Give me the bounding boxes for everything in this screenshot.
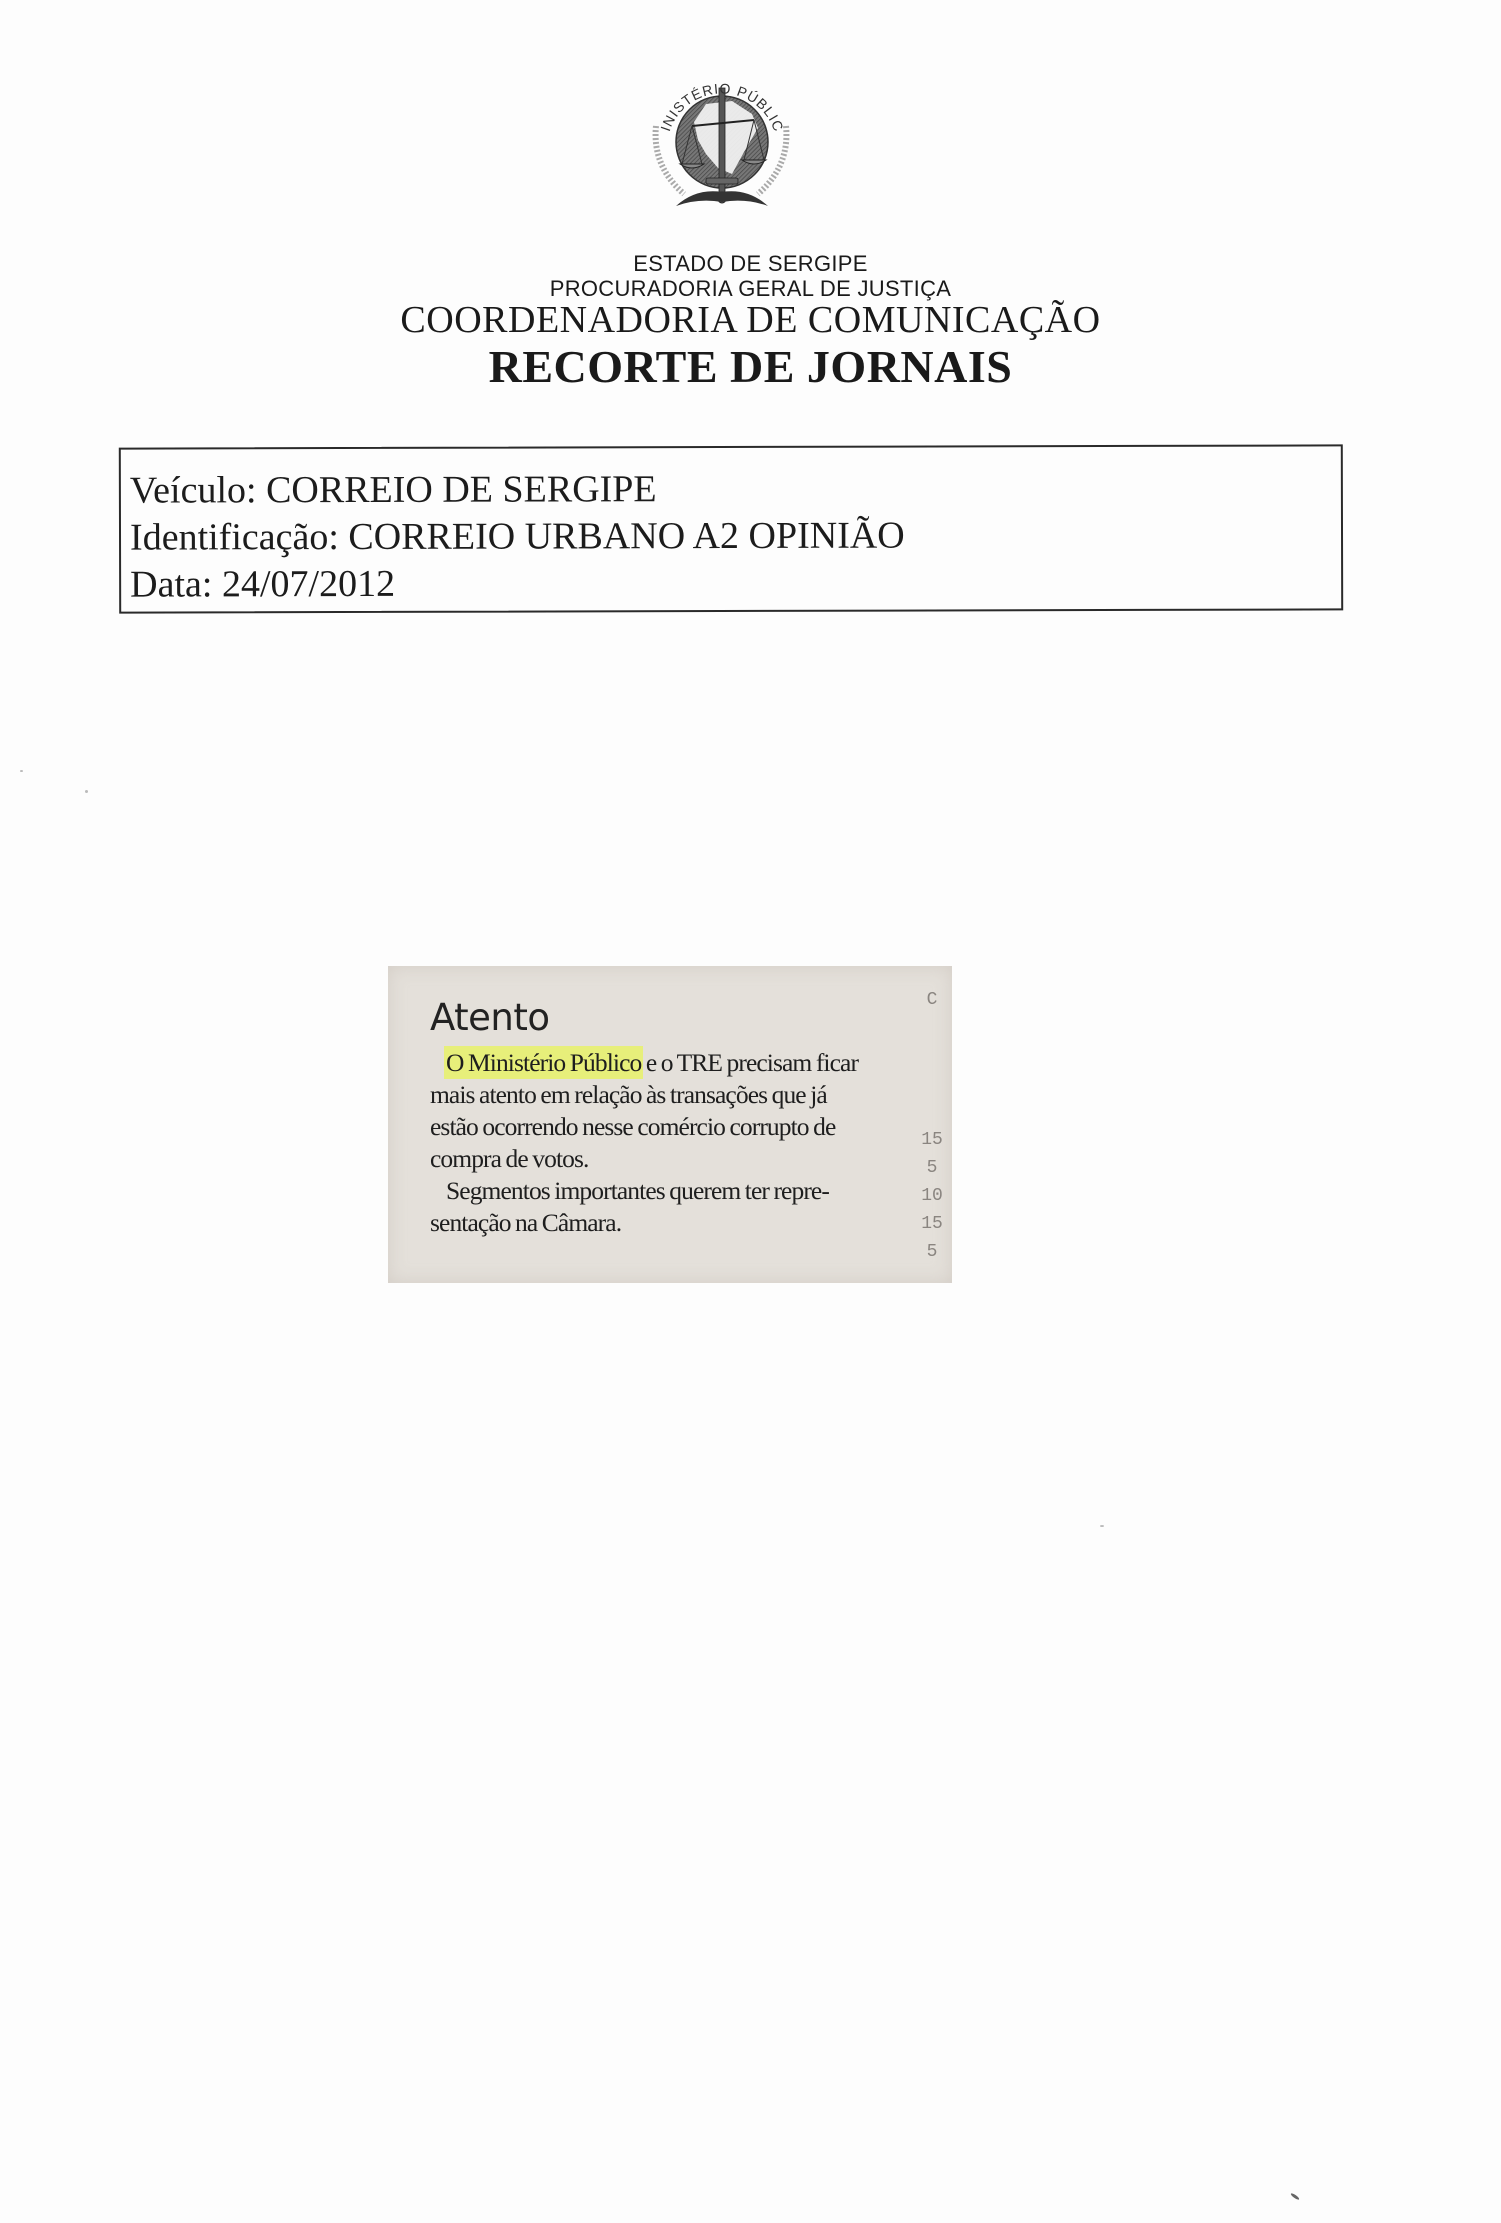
clipping-line: compra de votos. (430, 1143, 900, 1175)
clipping-line: Segmentos importantes querem ter repre- (430, 1175, 900, 1207)
clipping-info-box: Veículo: CORREIO DE SERGIPE Identificaçã… (119, 444, 1343, 613)
clipping-line: mais atento em relação às transações que… (430, 1079, 900, 1111)
newspaper-clipping: Atento O Ministério Público e o TRE prec… (388, 966, 952, 1283)
clipping-line: O Ministério Público e o TRE precisam fi… (430, 1047, 900, 1079)
header-document-type: RECORTE DE JORNAIS (0, 340, 1501, 393)
date-line: Data: 24/07/2012 (130, 558, 1341, 608)
vehicle-value: CORREIO DE SERGIPE (266, 468, 657, 511)
date-label: Data: (130, 563, 212, 605)
identification-line: Identificação: CORREIO URBANO A2 OPINIÃO (130, 511, 1341, 561)
clipping-margin-marks: C 15 5 10 15 5 (920, 986, 944, 1266)
ministerio-publico-seal-icon: MINISTÉRIO PÚBLICO (636, 56, 806, 216)
clipping-line: estão ocorrendo nesse comércio corrupto … (430, 1111, 900, 1143)
highlighted-phrase: O Ministério Público (446, 1048, 641, 1077)
vehicle-line: Veículo: CORREIO DE SERGIPE (130, 464, 1341, 514)
scan-speck (20, 770, 23, 772)
identification-value: CORREIO URBANO A2 OPINIÃO (348, 515, 904, 558)
vehicle-label: Veículo: (130, 469, 257, 511)
header-department: COORDENADORIA DE COMUNICAÇÃO (0, 298, 1501, 342)
identification-label: Identificação: (130, 516, 339, 559)
date-value: 24/07/2012 (222, 563, 395, 605)
scanned-page: MINISTÉRIO PÚBLICO ESTADO DE SERGIPE PRO… (0, 0, 1501, 2223)
scan-speck (1290, 2192, 1300, 2200)
clipping-title: Atento (430, 996, 550, 1039)
clipping-body: O Ministério Público e o TRE precisam fi… (430, 1047, 900, 1239)
scan-speck (1100, 1525, 1104, 1527)
header-state: ESTADO DE SERGIPE (0, 251, 1501, 277)
clipping-line: sentação na Câmara. (430, 1207, 900, 1239)
scan-speck (85, 790, 88, 793)
